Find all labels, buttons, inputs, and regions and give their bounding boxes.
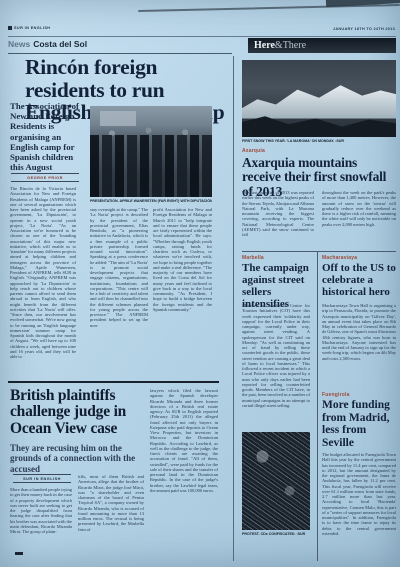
issue-date: JANUARY 18TH TO 24TH 2013 <box>333 27 395 31</box>
right-column-divider-horizontal <box>242 251 396 252</box>
snow-mountain-photo <box>242 60 396 137</box>
marbella-kicker: Marbella <box>242 255 264 261</box>
masthead-square-icon <box>8 26 12 30</box>
right-column-divider-vertical <box>317 251 318 561</box>
main-body-column-3: profit Association for New and Foreign R… <box>153 207 212 377</box>
ocean-view-top-rule <box>8 381 219 383</box>
snow-body-column-1: The first snowfall of 2013 was reported … <box>242 190 314 249</box>
masthead: SUR IN ENGLISH <box>8 26 50 30</box>
ocean-view-headline: British plaintiffs challenge judge in Oc… <box>10 388 150 437</box>
presentation-photo-caption: PRESENTATION. APRILE WANERSTEN (FAR RIGH… <box>90 199 212 203</box>
section-region-label: Costa del Sol <box>33 39 87 49</box>
snow-body-column-2: throughout the week on the park's peaks … <box>322 190 396 249</box>
marbella-body: Members of Marbella's Centre for Tourism… <box>242 303 310 429</box>
fuengirola-body: The budget allocated to Fuengirola Town … <box>322 452 396 562</box>
masthead-rule <box>8 36 396 37</box>
section-rule <box>8 53 232 54</box>
article-end-mark <box>15 552 23 555</box>
section-header: NewsCosta del Sol <box>8 39 87 49</box>
main-byline: GEORGE PRIOR <box>11 173 79 182</box>
snow-kicker: Axarquía <box>242 148 265 154</box>
macharaviaya-kicker: Macharaviaya <box>322 255 357 261</box>
main-body-column-1: The Rincón de la Victoria based Associat… <box>10 186 76 378</box>
here-and-there-banner: Here&There <box>248 38 396 53</box>
newspaper-page: SUR IN ENGLISH JANUARY 18TH TO 24TH 2013… <box>0 0 400 567</box>
macharaviaya-body: Macharaviaya Town Hall is organising a t… <box>322 303 396 387</box>
main-standfirst: The Association of New and Foreign Resid… <box>10 101 80 172</box>
protest-photo-caption: PROTEST. CDs CONFISCATED. :SUR <box>242 532 310 536</box>
section-news-label: News <box>8 39 30 49</box>
ocean-view-byline: SUR IN ENGLISH <box>13 474 71 483</box>
ocean-view-body-column-1: More than a hundred people trying to get… <box>10 487 72 549</box>
mountain-ridge-shape <box>242 82 396 119</box>
masthead-logo: SUR IN ENGLISH <box>14 26 50 30</box>
main-body-column-2: stay overnight at the camp." The 'La Nor… <box>90 207 148 377</box>
ocean-view-body-column-2: tiffs, most of them British and American… <box>78 474 144 560</box>
snow-photo-caption: FIRST SNOW THIS YEAR. 'LA MAROMA' ON MON… <box>242 139 396 143</box>
presentation-photo <box>90 106 212 197</box>
fuengirola-kicker: Fuengirola <box>322 392 350 398</box>
column-divider-vertical <box>233 56 234 561</box>
here-label: Here <box>254 40 275 51</box>
ocean-view-body-column-3: lawyers which filed the lawsuit against … <box>150 388 218 560</box>
ocean-view-subhead: They are recusing him on the grounds of … <box>10 443 152 474</box>
protest-photo <box>242 432 310 530</box>
macharaviaya-headline: Off to the US to celebrate a historical … <box>322 262 396 298</box>
fuengirola-headline: More funding from Madrid, less from Sevi… <box>322 399 396 450</box>
there-label: &There <box>275 40 306 51</box>
